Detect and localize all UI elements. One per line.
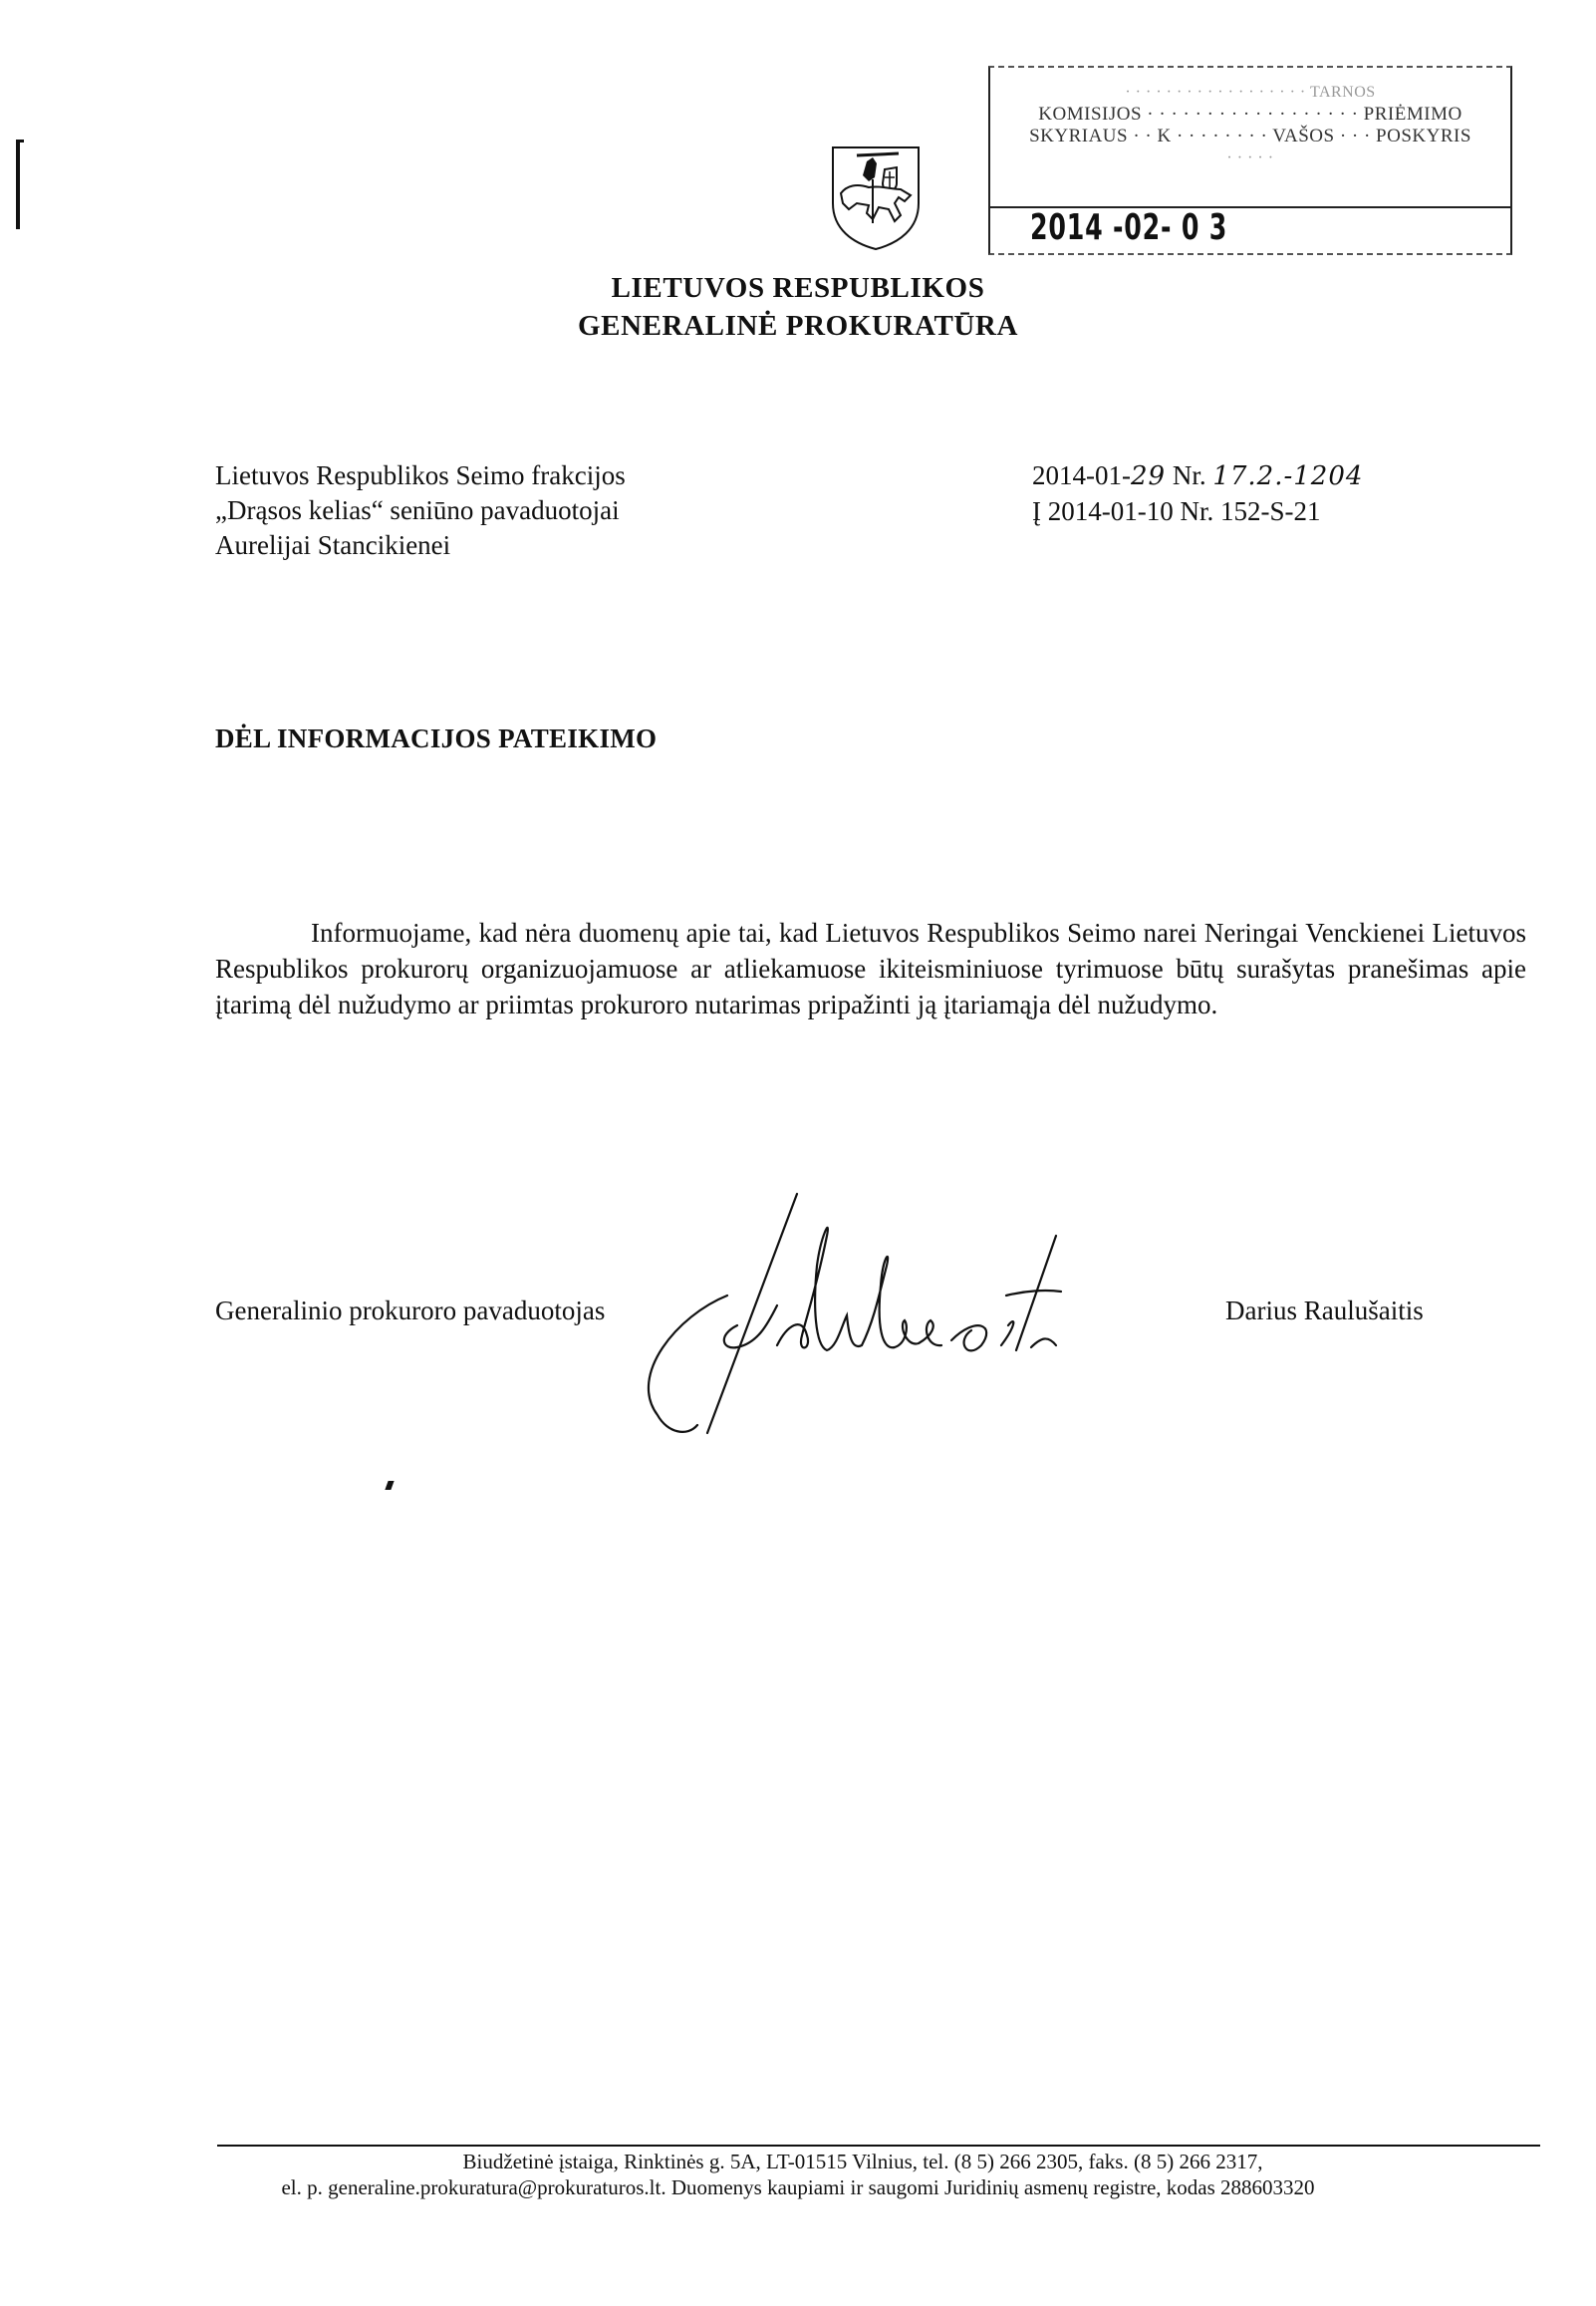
outgoing-date-prefix: 2014-01- xyxy=(1032,460,1131,490)
letterhead-footer: Biudžetinė įstaiga, Rinktinės g. 5A, LT-… xyxy=(0,2149,1596,2200)
outgoing-reference: 2014-01-29 Nr. 17.2.-1204 xyxy=(1032,458,1363,494)
stamp-line: KOMISIJOS · · · · · · · · · · · · · · · … xyxy=(990,104,1510,126)
signatory-name: Darius Raulušaitis xyxy=(1225,1296,1424,1326)
incoming-registration-stamp: · · · · · · · · · · · · · · · · · · TARN… xyxy=(988,66,1512,255)
signatory-role: Generalinio prokuroro pavaduotojas xyxy=(215,1296,605,1326)
footer-contact-line: el. p. generaline.prokuratura@prokuratur… xyxy=(0,2174,1596,2200)
letter-subject: DĖL INFORMACIJOS PATEIKIMO xyxy=(215,723,657,754)
outgoing-nr-handwritten: 17.2.-1204 xyxy=(1212,461,1363,491)
organization-title-line2: GENERALINĖ PROKURATŪRA xyxy=(0,307,1596,345)
letter-body: Informuojame, kad nėra duomenų apie tai,… xyxy=(215,915,1526,1022)
outgoing-nr-label: Nr. xyxy=(1173,460,1206,490)
stamp-date: 2014 -02- 0 3 xyxy=(1030,207,1227,248)
scan-edge-artifact xyxy=(16,140,20,229)
addressee-line: Aurelijai Stancikienei xyxy=(215,528,626,563)
incoming-reference: Į 2014-01-10 Nr. 152-S-21 xyxy=(1032,494,1363,529)
addressee-line: „Drąsos kelias“ seniūno pavaduotojai xyxy=(215,493,626,528)
coat-of-arms-icon xyxy=(829,144,923,251)
organization-title: LIETUVOS RESPUBLIKOS GENERALINĖ PROKURAT… xyxy=(0,269,1596,345)
organization-title-line1: LIETUVOS RESPUBLIKOS xyxy=(0,269,1596,307)
stamp-line: · · · · · xyxy=(990,147,1510,169)
reference-block: 2014-01-29 Nr. 17.2.-1204 Į 2014-01-10 N… xyxy=(1032,458,1363,529)
scan-speck-artifact xyxy=(385,1481,394,1490)
handwritten-signature xyxy=(638,1176,1275,1455)
footer-divider xyxy=(217,2145,1540,2147)
outgoing-date-day-handwritten: 29 xyxy=(1131,461,1166,491)
footer-address-line: Biudžetinė įstaiga, Rinktinės g. 5A, LT-… xyxy=(0,2149,1596,2174)
stamp-line: · · · · · · · · · · · · · · · · · · TARN… xyxy=(990,82,1510,104)
addressee-line: Lietuvos Respublikos Seimo frakcijos xyxy=(215,458,626,493)
stamp-line: SKYRIAUS · · K · · · · · · · · VAŠOS · ·… xyxy=(990,126,1510,147)
addressee-block: Lietuvos Respublikos Seimo frakcijos „Dr… xyxy=(215,458,626,563)
